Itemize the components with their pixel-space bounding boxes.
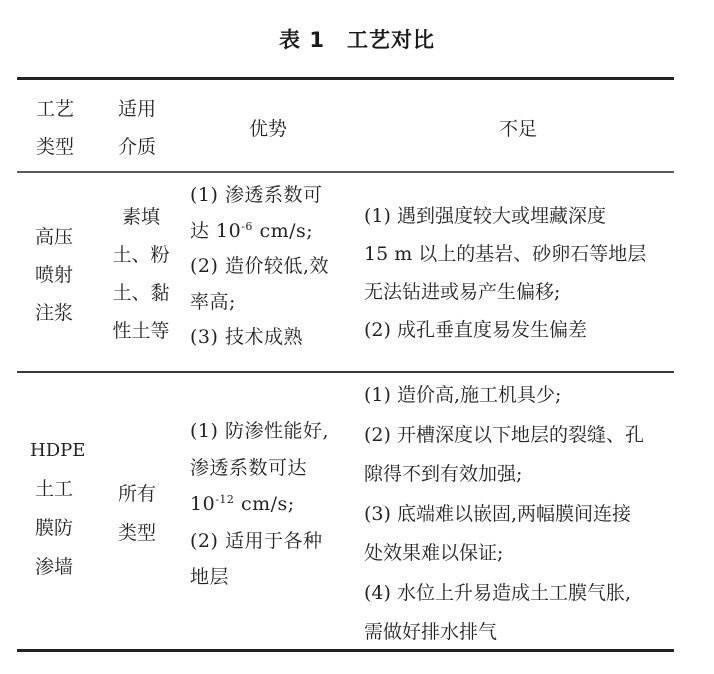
header-process-type: 工艺 类型 xyxy=(36,90,74,166)
cell-line: 性土等 xyxy=(106,312,176,350)
cell-line: 达 10-6 cm/s; xyxy=(190,214,329,250)
unit-text: cm/s; xyxy=(234,493,294,515)
header-line: 工艺 xyxy=(36,90,74,128)
cell-line: 渗墙 xyxy=(30,548,85,587)
cell-line: 素填 xyxy=(106,198,176,236)
table-caption: 表 1工艺对比 xyxy=(0,24,714,54)
value-text: 10 xyxy=(190,493,215,515)
cell-line: 需做好排水排气 xyxy=(364,613,644,653)
cell-line: 喷射 xyxy=(35,256,73,294)
cell-line: (1) 渗透系数可 xyxy=(190,178,329,214)
cell-line: 土、黏 xyxy=(106,274,176,312)
cell-line: (3) 底端难以嵌固,两幅膜间连接 xyxy=(364,495,644,535)
row1-process-type: 高压 喷射 注浆 xyxy=(35,218,73,332)
header-line: 优势 xyxy=(249,110,287,148)
cell-line: 所有 xyxy=(118,475,156,514)
cell-line: (2) 适用于各种 xyxy=(190,523,329,560)
cell-line: 地层 xyxy=(190,559,329,596)
cell-line: 无法钻进或易产生偏移; xyxy=(364,273,646,311)
header-rule xyxy=(17,171,674,173)
row2-medium: 所有 类型 xyxy=(118,475,156,553)
cell-line: (2) 开槽深度以下地层的裂缝、孔 xyxy=(364,416,644,456)
cell-line: (1) 防渗性能好, xyxy=(190,413,329,450)
cell-line: (1) 造价高,施工机具少; xyxy=(364,376,644,416)
cell-line: 膜防 xyxy=(30,509,85,548)
cell-line: 15 m 以上的基岩、砂卵石等地层 xyxy=(364,235,646,273)
cell-line: (2) 成孔垂直度易发生偏差 xyxy=(364,311,646,349)
cell-line: 土、粉 xyxy=(106,236,176,274)
cell-line: (3) 技术成熟 xyxy=(190,320,329,356)
row1-disadvantages: (1) 遇到强度较大或埋藏深度 15 m 以上的基岩、砂卵石等地层 无法钻进或易… xyxy=(364,197,646,349)
exponent: -6 xyxy=(241,220,253,233)
cell-line: 隙得不到有效加强; xyxy=(364,455,644,495)
cell-line: 处效果难以保证; xyxy=(364,534,644,574)
row2-process-type: HDPE 土工 膜防 渗墙 xyxy=(30,431,85,587)
cell-line: 渗透系数可达 xyxy=(190,450,329,487)
header-line: 介质 xyxy=(118,128,156,166)
cell-line: 注浆 xyxy=(35,294,73,332)
table-number: 表 1 xyxy=(279,28,325,52)
cell-line: (2) 造价较低,效 xyxy=(190,249,329,285)
header-medium: 适用 介质 xyxy=(118,90,156,166)
header-advantages: 优势 xyxy=(249,110,287,148)
row2-disadvantages: (1) 造价高,施工机具少; (2) 开槽深度以下地层的裂缝、孔 隙得不到有效加… xyxy=(364,376,644,653)
row2-advantages: (1) 防渗性能好, 渗透系数可达 10-12 cm/s; (2) 适用于各种 … xyxy=(190,413,329,596)
row1-advantages: (1) 渗透系数可 达 10-6 cm/s; (2) 造价较低,效 率高; (3… xyxy=(190,178,329,356)
exponent: -12 xyxy=(215,493,234,506)
cell-line: 土工 xyxy=(30,470,85,509)
cell-line: 率高; xyxy=(190,285,329,321)
header-line: 适用 xyxy=(118,90,156,128)
cell-line: (1) 遇到强度较大或埋藏深度 xyxy=(364,197,646,235)
cell-line: 10-12 cm/s; xyxy=(190,486,329,523)
row1-medium: 素填 土、粉 土、黏 性土等 xyxy=(106,198,176,350)
value-text: 达 10 xyxy=(190,220,241,242)
header-disadvantages: 不足 xyxy=(499,110,537,148)
cell-line: (4) 水位上升易造成土工膜气胀, xyxy=(364,574,644,614)
unit-text: cm/s; xyxy=(253,220,313,242)
header-line: 不足 xyxy=(499,110,537,148)
row-separator-rule xyxy=(17,371,674,373)
cell-line: 类型 xyxy=(118,514,156,553)
cell-line: HDPE xyxy=(30,431,85,470)
header-line: 类型 xyxy=(36,128,74,166)
top-rule xyxy=(17,77,674,80)
table-title: 工艺对比 xyxy=(347,28,435,52)
cell-line: 高压 xyxy=(35,218,73,256)
